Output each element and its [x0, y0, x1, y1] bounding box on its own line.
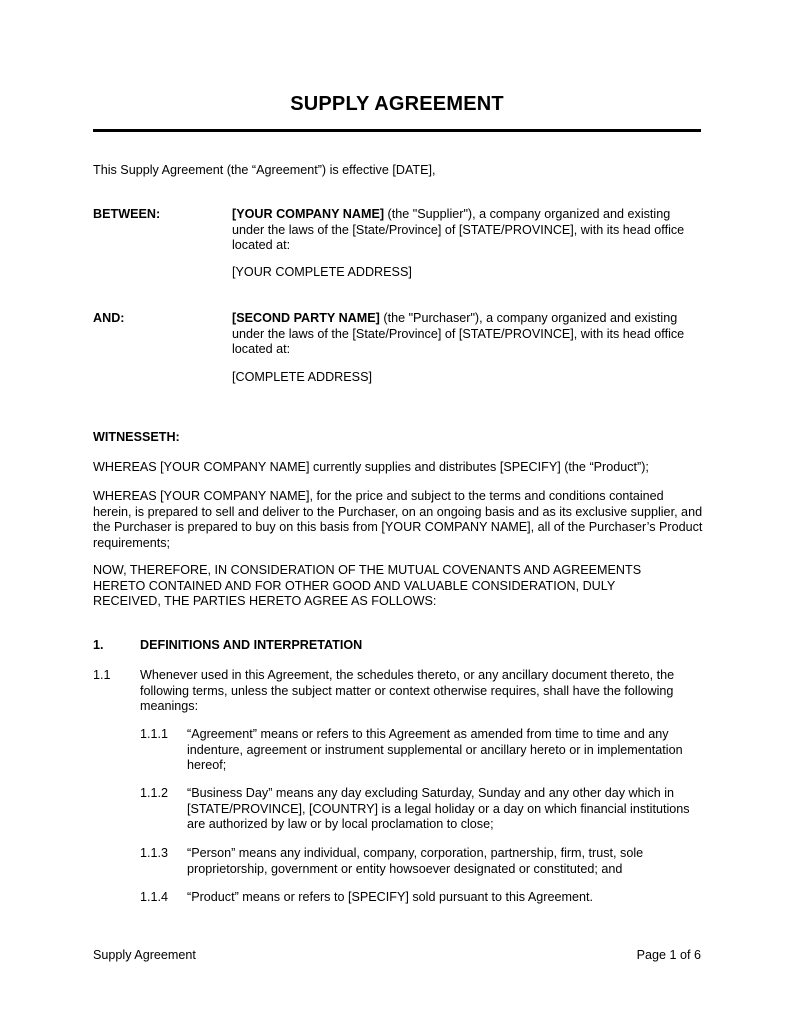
definition-1-1-1-text: “Agreement” means or refers to this Agre…	[187, 727, 705, 774]
party-label-and: AND:	[93, 311, 124, 327]
definition-1-1-2-number: 1.1.2	[140, 786, 168, 802]
now-therefore-paragraph: NOW, THEREFORE, IN CONSIDERATION OF THE …	[93, 563, 673, 610]
party-supplier-description: [YOUR COMPANY NAME] (the "Supplier"), a …	[232, 207, 702, 254]
definition-1-1-2-text: “Business Day” means any day excluding S…	[187, 786, 705, 833]
definition-1-1-3-number: 1.1.3	[140, 846, 168, 862]
supplier-name: [YOUR COMPANY NAME]	[232, 207, 384, 221]
whereas-paragraph-2: WHEREAS [YOUR COMPANY NAME], for the pri…	[93, 489, 705, 551]
purchaser-address: [COMPLETE ADDRESS]	[232, 370, 702, 386]
purchaser-name: [SECOND PARTY NAME]	[232, 311, 380, 325]
party-purchaser-description: [SECOND PARTY NAME] (the "Purchaser"), a…	[232, 311, 702, 358]
footer-page-number: Page 1 of 6	[637, 948, 701, 964]
section-1-number: 1.	[93, 638, 104, 654]
document-title: SUPPLY AGREEMENT	[93, 92, 701, 116]
definition-1-1-3-text: “Person” means any individual, company, …	[187, 846, 705, 877]
party-label-between: BETWEEN:	[93, 207, 160, 223]
witnesseth-heading: WITNESSETH:	[93, 430, 705, 446]
definition-1-1-4-text: “Product” means or refers to [SPECIFY] s…	[187, 890, 705, 906]
supplier-address: [YOUR COMPLETE ADDRESS]	[232, 265, 702, 281]
section-1-heading: DEFINITIONS AND INTERPRETATION	[140, 638, 705, 654]
definition-1-1-4-number: 1.1.4	[140, 890, 168, 906]
clause-1-1-number: 1.1	[93, 668, 111, 684]
clause-1-1-text: Whenever used in this Agreement, the sch…	[140, 668, 705, 715]
document-page: SUPPLY AGREEMENT This Supply Agreement (…	[0, 0, 794, 1024]
footer-document-name: Supply Agreement	[93, 948, 196, 964]
definition-1-1-1-number: 1.1.1	[140, 727, 168, 743]
whereas-paragraph-1: WHEREAS [YOUR COMPANY NAME] currently su…	[93, 460, 705, 476]
title-divider	[93, 129, 701, 132]
intro-paragraph: This Supply Agreement (the “Agreement”) …	[93, 163, 705, 179]
